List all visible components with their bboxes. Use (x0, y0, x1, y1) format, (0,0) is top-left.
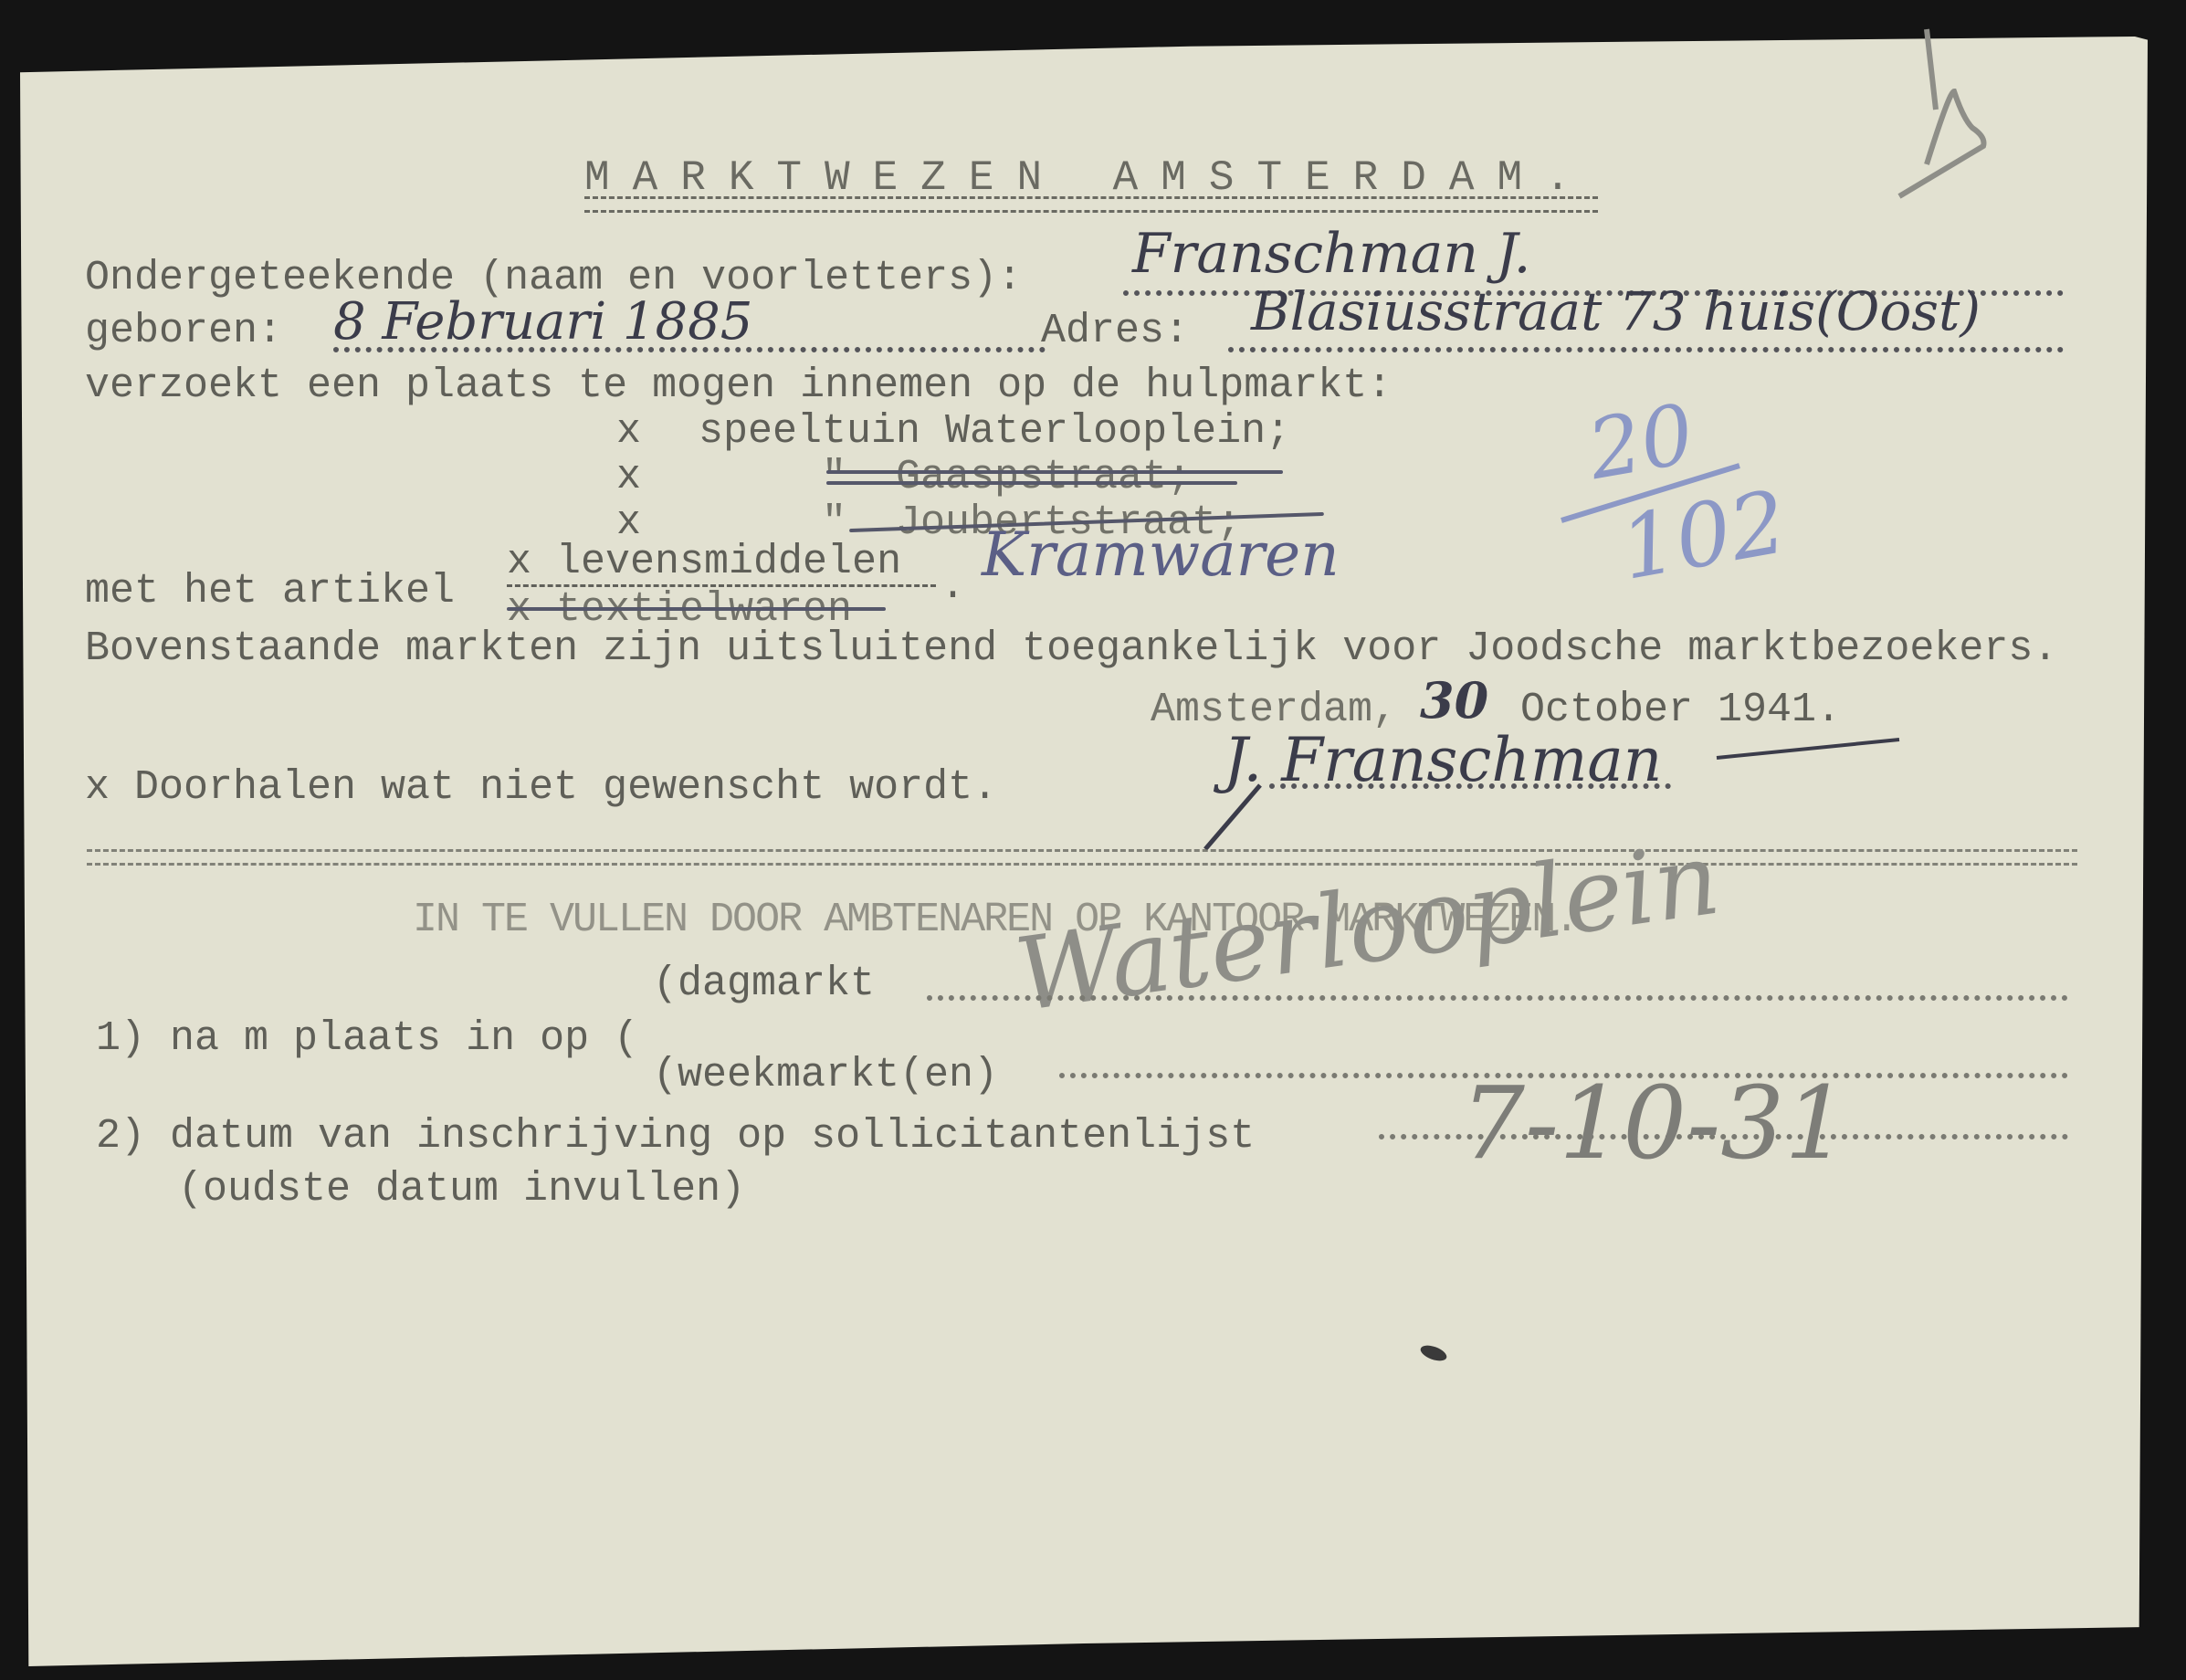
born-value: 8 Februari 1885 (333, 297, 752, 348)
address-label: Adres: (1041, 310, 1189, 352)
dagmarkt-dotted-line (927, 995, 2068, 1001)
market-2-label: " Gaaspstraat; (822, 457, 1192, 498)
market-2-mark: x (616, 457, 641, 498)
item2-sub: (oudste datum invullen) (178, 1169, 745, 1210)
request-text: verzoekt een plaats te mogen innemen op … (85, 365, 1392, 406)
born-dotted-line (333, 347, 1046, 352)
item1-weekmarkt: (weekmarkt(en) (653, 1055, 998, 1096)
born-label: geboren: (85, 310, 282, 352)
market-2-strikethrough (826, 470, 1283, 474)
article-label: met het artikel (85, 571, 455, 612)
market-3-mark: x (616, 502, 641, 543)
item2-label: 2) datum van inschrijving op sollicitant… (96, 1116, 1255, 1157)
market-2-strikethrough-2 (826, 481, 1237, 485)
date-day: 30 (1420, 676, 1488, 725)
market-1-label: speeltuin Waterlooplein; (699, 411, 1290, 452)
item1-label: 1) na m plaats in op ( (96, 1018, 638, 1059)
article-option-2-strikethrough (507, 607, 886, 611)
document-title: MARKTWEZEN AMSTERDAM. (584, 157, 1593, 199)
address-value: Blasiusstraat 73 huis(Oost) (1251, 285, 1981, 338)
signature-dotted-line (1269, 783, 1671, 789)
address-dotted-line (1228, 347, 2064, 352)
name-value: Franschman J. (1132, 226, 1531, 281)
footnote: x Doorhalen wat niet gewenscht wordt. (85, 767, 997, 808)
item2-value: 7-10-31 (1461, 1073, 1848, 1173)
article-option-1: x levensmiddelen (507, 541, 901, 583)
title-double-underline (584, 196, 1598, 213)
notice-text: Bovenstaande markten zijn uitsluitend to… (85, 628, 2057, 669)
article-handwritten: Kramwaren (982, 525, 1340, 585)
article-period: . (941, 566, 965, 607)
item1-dagmarkt: (dagmarkt (653, 963, 875, 1004)
blue-annotation-top: 20 (1582, 394, 1699, 493)
market-1-mark: x (616, 411, 641, 452)
section-divider (87, 849, 2077, 866)
signature: J. Franschman (1224, 730, 1662, 791)
